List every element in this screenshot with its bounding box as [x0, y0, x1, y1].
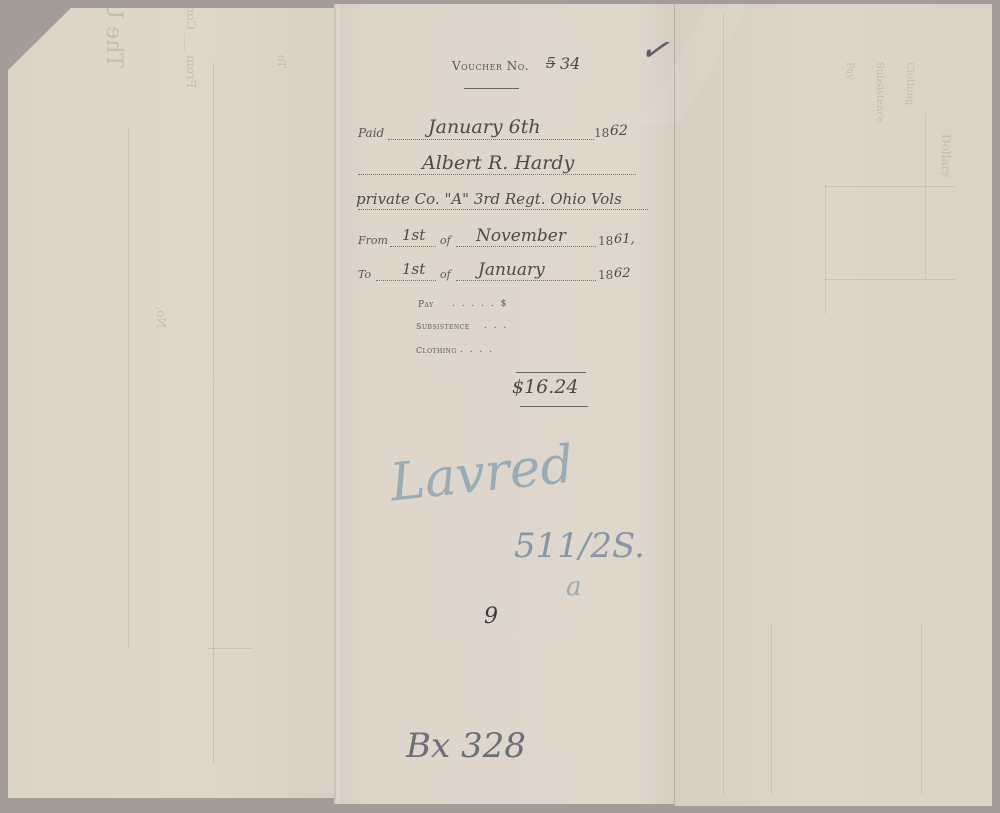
- ghost-rule: [128, 128, 129, 648]
- from-year-prefix: 18: [598, 234, 613, 248]
- to-of-label: of: [440, 268, 451, 281]
- total-bottom-rule: [520, 406, 588, 407]
- total-top-rule: [516, 372, 586, 373]
- to-day-dotted: [376, 280, 436, 281]
- ghost-rule: [825, 184, 826, 314]
- from-day-dotted: [390, 246, 436, 247]
- total-amount: $16.24: [512, 376, 578, 398]
- subsistence-label: Subsistence: [416, 322, 470, 331]
- pay-leader: . . . . . $: [452, 299, 508, 309]
- ghost-rule: [723, 14, 724, 794]
- ghost-clothing: Clothing: [904, 62, 915, 105]
- to-label: To: [358, 268, 371, 281]
- ghost-pay: Pay: [844, 62, 855, 80]
- from-year-suffix: 61,: [614, 232, 635, 247]
- small-pencil-mark: 9: [484, 604, 498, 629]
- fold-crease: [336, 4, 340, 804]
- from-month-dotted: [456, 246, 596, 247]
- ghost-title: The United States,: [101, 0, 126, 68]
- ghost-rule: [925, 114, 926, 279]
- ghost-rule: [825, 186, 955, 187]
- ghost-dollars: Dollars: [939, 134, 953, 178]
- right-panel: Dollars Clothing Subsistence Pay: [674, 4, 992, 806]
- to-month: January: [478, 260, 545, 280]
- paid-year-prefix: 18: [594, 126, 609, 140]
- paid-dotted-line: [388, 139, 594, 140]
- voucher-label: Voucher No.: [452, 59, 529, 73]
- voucher-struck-number: 5: [546, 54, 556, 72]
- paid-label: Paid: [358, 126, 384, 140]
- to-day: 1st: [402, 260, 425, 278]
- blue-pencil-number: 511/2S.: [514, 526, 645, 566]
- ghost-subsistence: Subsistence: [874, 62, 885, 123]
- payee-unit: private Co. "A" 3rd Regt. Ohio Vols: [356, 190, 622, 208]
- paid-date: January 6th: [428, 116, 541, 138]
- payee-name: Albert R. Hardy: [422, 152, 574, 174]
- from-month: November: [476, 226, 566, 246]
- from-label: From: [358, 234, 388, 247]
- pay-label: Pay: [418, 300, 434, 310]
- ghost-rule: [921, 624, 922, 794]
- blue-pencil-word: Lavred: [387, 435, 576, 514]
- paid-year-suffix: 62: [610, 123, 628, 139]
- voucher-number: 34: [560, 54, 580, 73]
- clothing-leader: . . . .: [460, 345, 494, 355]
- ghost-no: No.: [154, 307, 168, 328]
- voucher-panel: Voucher No. 5 34 Paid January 6th 18 62 …: [334, 4, 674, 804]
- ghost-rule: [825, 279, 955, 280]
- header-rule: [464, 88, 519, 89]
- to-year-suffix: 62: [614, 266, 631, 281]
- left-panel: The United States, From ___ Company ___ …: [8, 8, 334, 798]
- ghost-rule: [208, 648, 253, 649]
- to-year-prefix: 18: [598, 268, 613, 282]
- payee-dotted-line: [358, 174, 636, 175]
- ghost-to: To: [275, 55, 288, 68]
- to-month-dotted: [456, 280, 596, 281]
- from-day: 1st: [402, 226, 425, 244]
- ghost-rule: [213, 63, 214, 763]
- box-label: Bx 328: [406, 726, 526, 766]
- blue-pencil-mark: a: [566, 572, 582, 602]
- from-of-label: of: [440, 234, 451, 247]
- subsistence-leader: . . .: [484, 321, 508, 331]
- clothing-label: Clothing: [416, 346, 457, 355]
- unit-dotted-line: [358, 209, 648, 210]
- ghost-line-text: From ___ Company ___ Regiment ___: [184, 0, 198, 88]
- ghost-rule: [771, 624, 772, 794]
